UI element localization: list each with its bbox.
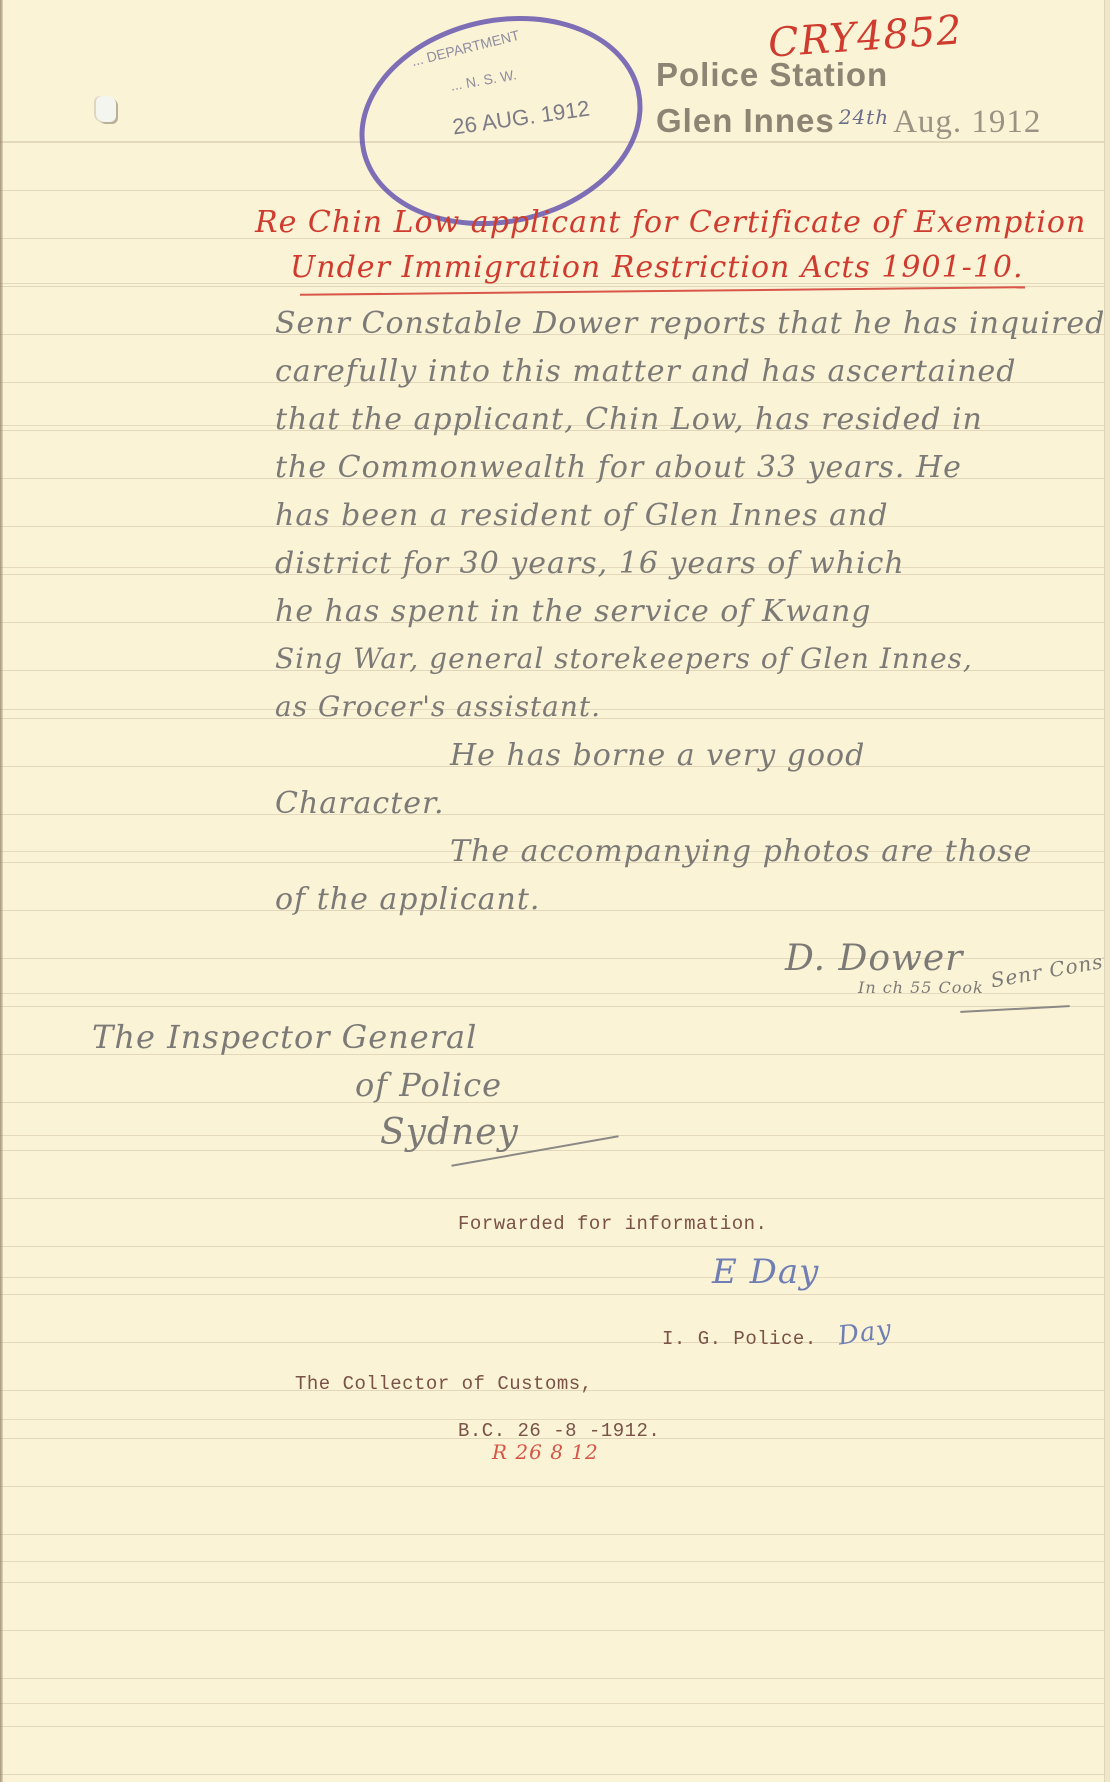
punch-hole (96, 96, 116, 122)
station-date-line: Glen Innes 24th Aug. 1912 (656, 102, 1041, 141)
ig-police-title: I. G. Police. (662, 1328, 817, 1350)
rule-line (0, 1342, 1104, 1343)
station-place: Glen Innes (656, 102, 835, 139)
rule-line (0, 1774, 1104, 1775)
body-paragraph-3-line: of the applicant. (275, 882, 540, 917)
body-paragraph-2-line: Character. (275, 786, 445, 821)
body-line: the Commonwealth for about 33 years. He (275, 450, 962, 485)
rule-line (0, 1486, 1104, 1487)
body-line: has been a resident of Glen Innes and (275, 498, 889, 533)
body-line: Sing War, general storekeepers of Glen I… (275, 642, 973, 675)
rule-line (0, 1534, 1104, 1535)
body-paragraph-3-line: The accompanying photos are those (450, 834, 1032, 869)
rule-line (0, 1198, 1104, 1199)
rule-line (0, 1582, 1104, 1583)
body-line: district for 30 years, 16 years of which (275, 546, 905, 581)
rule-line (0, 1150, 1104, 1151)
rule-line (0, 910, 1104, 911)
forwarded-note: Forwarded for information. (458, 1213, 767, 1235)
rule-line (0, 1294, 1104, 1295)
station-month-year: Aug. 1912 (893, 104, 1041, 140)
rule-line (0, 1006, 1104, 1007)
rule-line (0, 1246, 1104, 1247)
forwarding-signature: E Day (712, 1252, 819, 1292)
body-line: he has spent in the service of Kwang (275, 594, 871, 629)
forwarding-date: B.C. 26 -8 -1912. (458, 1420, 660, 1442)
rule-line (0, 1678, 1104, 1679)
police-station-label: Police Station (656, 56, 888, 94)
body-paragraph-2-line: He has borne a very good (450, 738, 865, 773)
red-receipt-annotation: R 26 8 12 (492, 1440, 599, 1464)
signature-name: D. Dower (785, 938, 963, 979)
rule-line (0, 1726, 1104, 1727)
document-page: ... DEPARTMENT ... N. S. W. 26 AUG. 1912… (0, 0, 1105, 1782)
addressee-line-2: of Police (355, 1066, 502, 1104)
page-left-edge (0, 0, 3, 1782)
body-line: Senr Constable Dower reports that he has… (275, 306, 1105, 341)
body-line: as Grocer's assistant. (275, 690, 601, 723)
station-day: 24th (839, 105, 889, 129)
recipient-line: The Collector of Customs, (295, 1373, 593, 1395)
rule-line (0, 1102, 1104, 1103)
rule-line (0, 1630, 1104, 1631)
addressee-line-1: The Inspector General (92, 1018, 477, 1056)
signature-note: In ch 55 Cook (858, 978, 984, 997)
addressee-line-3: Sydney (380, 1112, 519, 1153)
subject-line-2: Under Immigration Restriction Acts 1901-… (290, 250, 1024, 285)
body-line: carefully into this matter and has ascer… (275, 354, 1017, 389)
subject-line-1: Re Chin Low applicant for Certificate of… (255, 205, 1086, 240)
rule-line (0, 814, 1104, 815)
body-line: that the applicant, Chin Low, has reside… (275, 402, 983, 437)
